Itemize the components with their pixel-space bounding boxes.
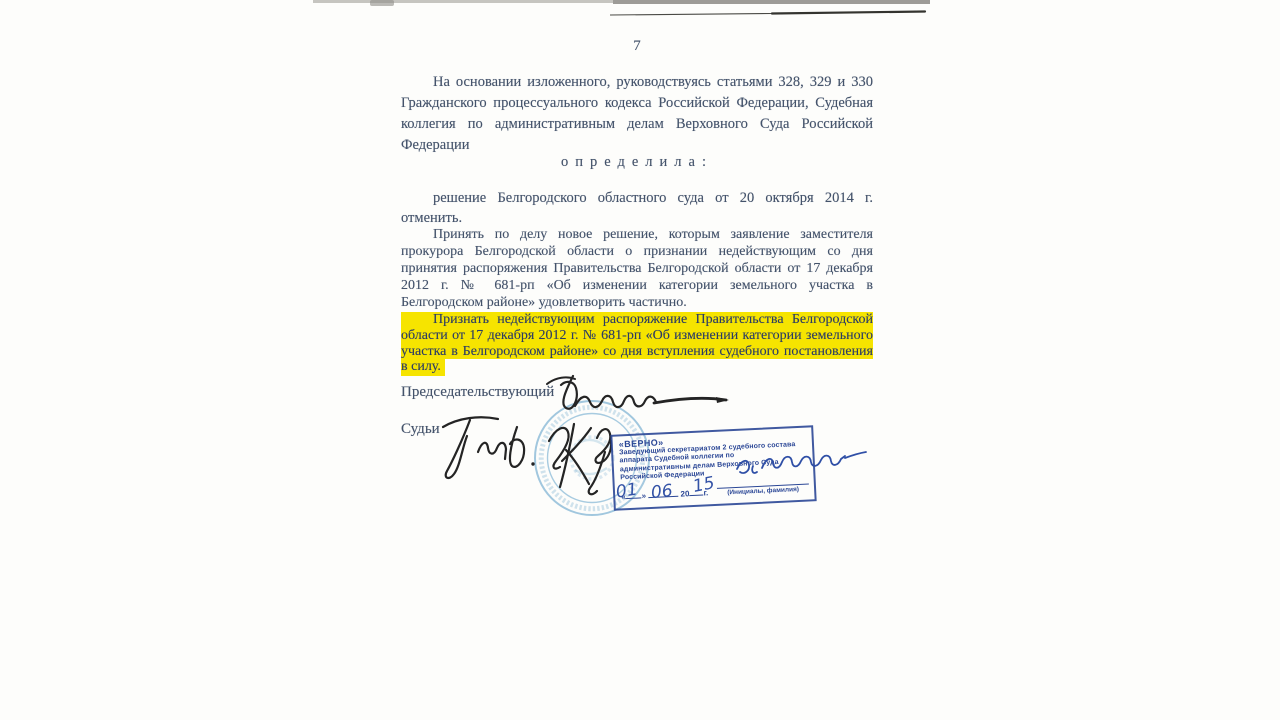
scanned-court-decision-page: 7 На основании изложенного, руководствуя…	[0, 0, 1280, 720]
paragraph-legal-basis: На основании изложенного, руководствуясь…	[401, 72, 873, 156]
body-line: Гражданского процессуального кодекса Рос…	[401, 93, 873, 114]
scan-artifact-line	[610, 14, 772, 16]
scan-artifacts	[0, 0, 1280, 26]
scan-artifact-line	[772, 12, 925, 14]
body-line: решение Белгородского областного суда от…	[401, 188, 873, 208]
handwritten-day: 01	[615, 479, 640, 502]
paragraph-cancel-decision: решение Белгородского областного суда от…	[401, 188, 873, 228]
scan-artifact-topbar	[313, 0, 613, 3]
handwritten-month: 06	[650, 481, 674, 503]
body-line: На основании изложенного, руководствуясь…	[401, 72, 873, 93]
body-line: Белгородском районе» удовлетворить части…	[401, 294, 873, 311]
scan-artifact-blob	[370, 0, 394, 6]
body-line: 2012 г. № 681-рп «Об изменении категории…	[401, 277, 873, 294]
stamp-quote-close: »	[641, 491, 646, 500]
highlighted-line: области от 17 декабря 2012 г. № 681-рп «…	[401, 328, 873, 344]
body-line: Федерации	[401, 135, 873, 156]
page-number: 7	[401, 38, 873, 55]
secretary-signature-ink	[680, 440, 880, 500]
judges-signature-ink	[443, 417, 611, 494]
body-line: Принять по делу новое решение, которым з…	[401, 226, 873, 243]
scan-artifact-topbar	[613, 0, 930, 4]
body-line: коллегия по административным делам Верхо…	[401, 114, 873, 135]
ruling-heading: определила:	[401, 154, 873, 171]
presiding-signature-ink	[547, 376, 729, 409]
highlighted-line: Признать недействующим распоряжение Прав…	[401, 312, 873, 328]
body-line: отменить.	[401, 208, 873, 228]
highlighted-line: участка в Белгородском районе» со дня вс…	[401, 344, 873, 360]
paragraph-new-decision: Принять по делу новое решение, которым з…	[401, 226, 873, 311]
body-line: принятия распоряжения Правительства Белг…	[401, 260, 873, 277]
body-line: прокурора Белгородской области о признан…	[401, 243, 873, 260]
